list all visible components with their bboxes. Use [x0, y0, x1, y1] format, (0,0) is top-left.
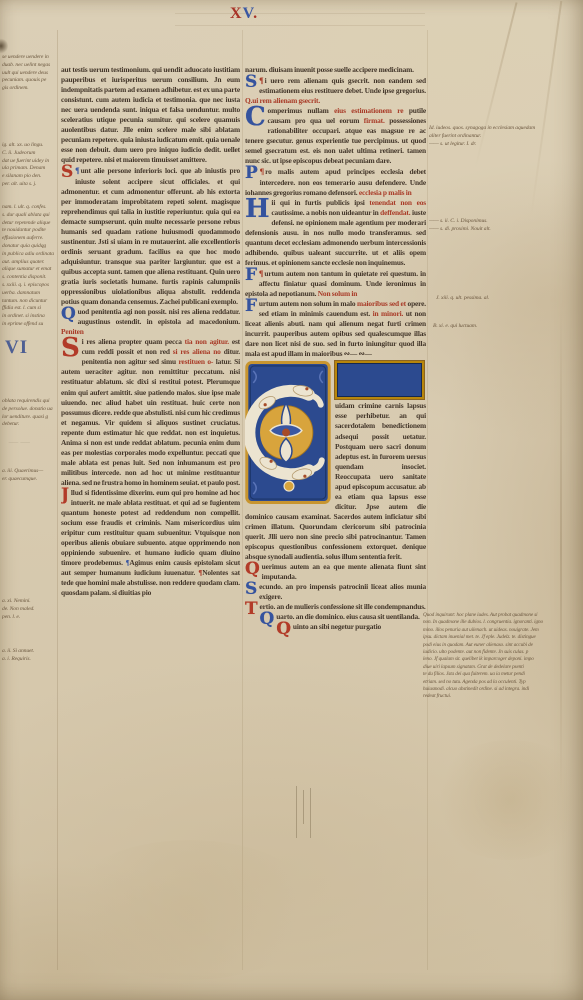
gloss-line: J. xiii. q. ult. pessima. al.: [436, 295, 489, 301]
gloss-line: aliter fuerint ordinantur.: [429, 133, 481, 139]
gloss-line: Quod inquirunt: hoc plane iudes. Aut pro…: [423, 612, 538, 618]
decorated-initial: P: [245, 166, 260, 185]
text-block: narum. diuisam inuenit posse suelle acci…: [245, 65, 426, 75]
parchment-crease: [560, 300, 562, 800]
text-run: unt alie persone inferioris loci. que ab…: [61, 166, 240, 306]
gloss-line: —— s. ut legitur. I. dr.: [429, 141, 476, 147]
bottom-margin-gloss: Quod inquirunt: hoc plane iudes. Aut pro…: [423, 612, 582, 701]
margin-gloss: se uendere uendere induab. nec uelint ne…: [2, 54, 57, 93]
text-run: restituen o‐: [178, 357, 215, 366]
text-block: Tertio. an de mulieris confessione sit i…: [245, 602, 426, 612]
text-run: ecundo. an pro impensis patrocinii licea…: [259, 582, 426, 601]
manuscript-page: XV. se uendere uendere induab. nec uelin…: [0, 0, 583, 1000]
parchment-crease: [530, 1, 563, 219]
parchment-stain: [60, 840, 320, 980]
margin-gloss: nam. l. ult. q. confes.s. dur quali abla…: [2, 204, 57, 329]
margin-annotation: J. xiii. q. ult. pessima. al.: [436, 295, 576, 303]
ruling-line-vertical: [242, 30, 243, 970]
margin-gloss: oblata requirendis quide persolue. donat…: [2, 398, 57, 429]
margin-gloss: ig. alt. xx. uo lingu.C. ii. Judeorumdat…: [2, 142, 57, 189]
ruling-line-vertical: [427, 30, 428, 970]
decorated-initial: C: [245, 106, 268, 135]
faint-scribble: ⸺ ⸺: [8, 437, 30, 446]
gloss-line: er. quaecumque.: [2, 476, 37, 482]
text-run: in minori.: [373, 309, 406, 318]
gloss-line: ffidia est. l. cum si: [2, 305, 41, 311]
text-run: eius estimationem re: [334, 106, 409, 115]
decorated-initial: T: [245, 602, 260, 621]
gloss-line: de persolue. donatio ua: [2, 406, 53, 412]
illuminated-title-panel: [335, 361, 424, 399]
decorated-initial: S: [245, 75, 259, 94]
text-run: uod penitentia agi non possit. nisi res …: [78, 307, 240, 326]
text-block: Quod penitentia agi non possit. nisi res…: [61, 307, 240, 337]
text-block: S¶unt alie persone inferioris loci. que …: [61, 165, 240, 307]
gloss-line: se uendere uendere in: [2, 54, 49, 60]
pen-trial-mark: [296, 786, 297, 838]
gloss-line: a. ii. Si annuet.: [2, 648, 34, 654]
decorated-initial: F: [245, 268, 259, 287]
text-run: ertio. an de mulieris confessione sit il…: [260, 602, 426, 611]
text-block: P¶ro malis autem apud principes ecclesia…: [245, 166, 426, 197]
gloss-line: pen. l. e.: [2, 614, 20, 620]
gloss-line: effusionem auferre.: [2, 235, 43, 241]
gloss-line: ula primam. Denam: [2, 165, 45, 171]
ruling-line-horizontal: [175, 25, 425, 26]
ink-spot: [0, 38, 8, 54]
text-block: Secundo. an pro impensis patrocinii lice…: [245, 582, 426, 602]
decorated-initial: F: [245, 299, 259, 318]
margin-annotation: Id. iudeos. quos. synagoga in ecclesiam …: [429, 125, 581, 148]
text-run: Peniten: [61, 327, 84, 336]
folio-number: XV.: [230, 5, 258, 23]
gloss-line: s. xxiii. q. i. episcopos: [2, 282, 49, 288]
margin-annotation: B. xi. e. qui luctuam.: [433, 323, 573, 331]
text-run: i uero rem alienam quis gsecrit. non ean…: [259, 76, 426, 95]
gloss-line: redeat fructui.: [423, 693, 451, 699]
text-block: Querimus autem an ea que mente alienata …: [245, 562, 426, 582]
gloss-line: e silanam pio den.: [2, 173, 41, 179]
gloss-line: etriam. sed no tutu. Agenda pos ad la oc…: [423, 679, 526, 685]
gloss-line: per. alt. uita s. j.: [2, 181, 36, 187]
margin-gloss: a. iii. Quaerimus—er. quaecumque.: [2, 468, 57, 484]
gloss-line: in eprime offend su: [2, 321, 43, 327]
text-block: uidam crimine carnis lapsus esse perhibe…: [245, 359, 426, 562]
gloss-line: tantum. non dicuntur: [2, 298, 47, 304]
gloss-line: mino. illos penuria aut uilenach. ut uid…: [423, 627, 539, 633]
text-block: Hii qui in furtis publicis ipsi tenendat…: [245, 198, 426, 268]
gloss-line: debetur.: [2, 421, 19, 427]
text-run: tenendat non eos: [369, 198, 426, 207]
margin-numeral: VI: [5, 337, 28, 359]
decorated-initial: J: [61, 488, 71, 507]
decorated-initial: H: [245, 198, 271, 227]
gloss-line: de. Non maled.: [2, 606, 34, 612]
text-run: latur. Si autem ueraciter agitur. non re…: [61, 357, 240, 487]
gloss-line: dat ue fuerint uidey in: [2, 158, 49, 164]
text-block: Si res aliena propter quam pecca tia non…: [61, 337, 240, 488]
text-run: uerimus autem an ea que mente alienata f…: [262, 562, 426, 581]
text-run: ii qui in furtis publicis ipsi: [271, 198, 369, 207]
gloss-line: —— s. ii. C. i. Disponimus.: [429, 218, 488, 224]
gloss-line: C. ii. Judeorum: [2, 150, 35, 156]
gloss-line: —— s. di. proximi. Nouit alt.: [429, 226, 491, 232]
gloss-line: donatur quia quidqg: [2, 243, 46, 249]
parchment-stain: [430, 740, 583, 860]
text-run: maioribus sed et: [357, 299, 408, 308]
gloss-line: huiusmodi. alcuo abstinedit ordine. si a…: [423, 686, 529, 692]
margin-gloss: a. ii. Si annuet.a. i. Requiris.: [2, 648, 57, 664]
gloss-line: in publica adiu ordinata: [2, 251, 54, 257]
main-text-column-right: narum. diuisam inuenit posse suelle acci…: [245, 65, 426, 774]
text-run: Q.ui rem alienam gsecrit.: [245, 96, 320, 105]
gloss-line: oblata requirendis qui: [2, 398, 49, 404]
gloss-line: detur repetende alique: [2, 220, 50, 226]
gloss-line: podi eius in quodam. Aut euner alienaso.…: [423, 642, 533, 648]
text-run: narum. diuisam inuenit posse suelle acci…: [245, 65, 414, 74]
gloss-line: iudicio. ulto podente. aut non fidente. …: [423, 649, 528, 655]
text-run: ecclesia p malis in: [359, 188, 412, 197]
text-run: uinto an sibi negetur purgatio: [293, 622, 381, 631]
ruling-line-vertical: [57, 30, 58, 970]
text-run: firmat.: [364, 116, 389, 125]
folio-numeral-x: X: [230, 5, 243, 22]
illuminated-initial-C: [245, 361, 331, 504]
pen-trial-mark: [303, 790, 304, 824]
text-block: Quarto. an die dominico. eius causa sit …: [245, 612, 426, 622]
main-text-column-left: aut testis uerum testimonium. qui uendit…: [61, 65, 240, 762]
text-block: F¶urtum autem non tantum in quietate rei…: [245, 268, 426, 299]
text-block: aut testis uerum testimonium. qui uendit…: [61, 65, 240, 165]
gloss-line: in ordinet. si instina: [2, 313, 45, 319]
text-run: omperimus nullam: [268, 106, 335, 115]
gloss-line: alique sumatur et emat: [2, 266, 51, 272]
gloss-line: uult qui uendere deus: [2, 70, 48, 76]
decorated-initial: Q: [276, 622, 293, 641]
text-run: uarto. an die dominico. eius causa sit u…: [276, 612, 420, 621]
gloss-line: non. In quadmone ille dubios. l. congrue…: [423, 619, 543, 625]
text-block: S¶i uero rem alienam quis gsecrit. non e…: [245, 75, 426, 106]
gloss-line: Id. iudeos. quos. synagoga in ecclesiam …: [429, 125, 535, 131]
text-block: Furtum autem non solum in malo maioribus…: [245, 299, 426, 359]
ruling-line-horizontal: [175, 13, 425, 14]
gloss-line: uerba. damnatum: [2, 290, 40, 296]
gloss-line: pecuniam. quouis pe: [2, 77, 46, 83]
text-run: Non solum in: [318, 289, 358, 298]
margin-gloss: a. xi. Nemini.de. Non maled.pen. l. e.: [2, 598, 57, 621]
gloss-line: s. dur quali ablata qui: [2, 212, 50, 218]
gloss-line: a. iii. Quaerimus—: [2, 468, 43, 474]
gloss-line: nam. l. ult. q. confes.: [2, 204, 46, 210]
gloss-line: te du filios. Jsta dei qua fuiterem. ua …: [423, 671, 525, 677]
text-block: Comperimus nullam eius estimationem re p…: [245, 106, 426, 166]
margin-annotation: —— s. ii. C. i. Disponimus.—— s. di. pro…: [429, 218, 581, 234]
gloss-line: ig. alt. xx. uo lingu.: [2, 142, 43, 148]
gloss-line: gis ordinem.: [2, 85, 29, 91]
text-run: urtum autem non solum in malo: [259, 299, 357, 308]
gloss-line: leno. Jf qualam sit. quelibet ik imparco…: [423, 656, 534, 662]
pen-trial-mark: [310, 788, 311, 838]
decorated-initial: S: [61, 165, 75, 184]
gloss-line: diue uiri lapsum signatam. Grat de dedel…: [423, 664, 524, 670]
gloss-line: a. xi. Nemini.: [2, 598, 31, 604]
decorated-initial: Q: [260, 612, 277, 631]
text-run: aut testis uerum testimonium. qui uendit…: [61, 65, 240, 164]
gloss-line: duab. nec uelint negas: [2, 62, 50, 68]
gloss-line: aut. amplius quater.: [2, 259, 44, 265]
folio-numeral-v: V: [243, 5, 254, 22]
text-run: cautissime. a nobis non uideantur in: [271, 208, 380, 217]
gloss-line: B. xi. e. qui luctuam.: [433, 323, 477, 329]
gloss-line: lor uenditure. quasi g: [2, 414, 48, 420]
folio-dot: .: [253, 5, 258, 22]
text-run: llud si fidentissime dixerim. eum qui pr…: [61, 488, 240, 567]
gloss-line: a. i. Requiris.: [2, 656, 31, 662]
gloss-line: ipsu. dictam inuenial met. te. Jf eple. …: [423, 634, 536, 640]
gloss-line: s. contentia disponit.: [2, 274, 46, 280]
text-run: deffendat.: [380, 208, 412, 217]
decorated-initial: S: [61, 337, 82, 366]
decorated-initial: Q: [61, 307, 78, 326]
text-run: si res aliena no: [173, 347, 224, 356]
text-run: i res aliena propter quam pecca: [82, 337, 185, 346]
text-run: tia non agitur.: [185, 337, 232, 346]
illuminated-initial-artwork: [245, 361, 331, 504]
gloss-line: te nouidantur podite: [2, 227, 46, 233]
text-block: Jllud si fidentissime dixerim. eum qui p…: [61, 488, 240, 599]
